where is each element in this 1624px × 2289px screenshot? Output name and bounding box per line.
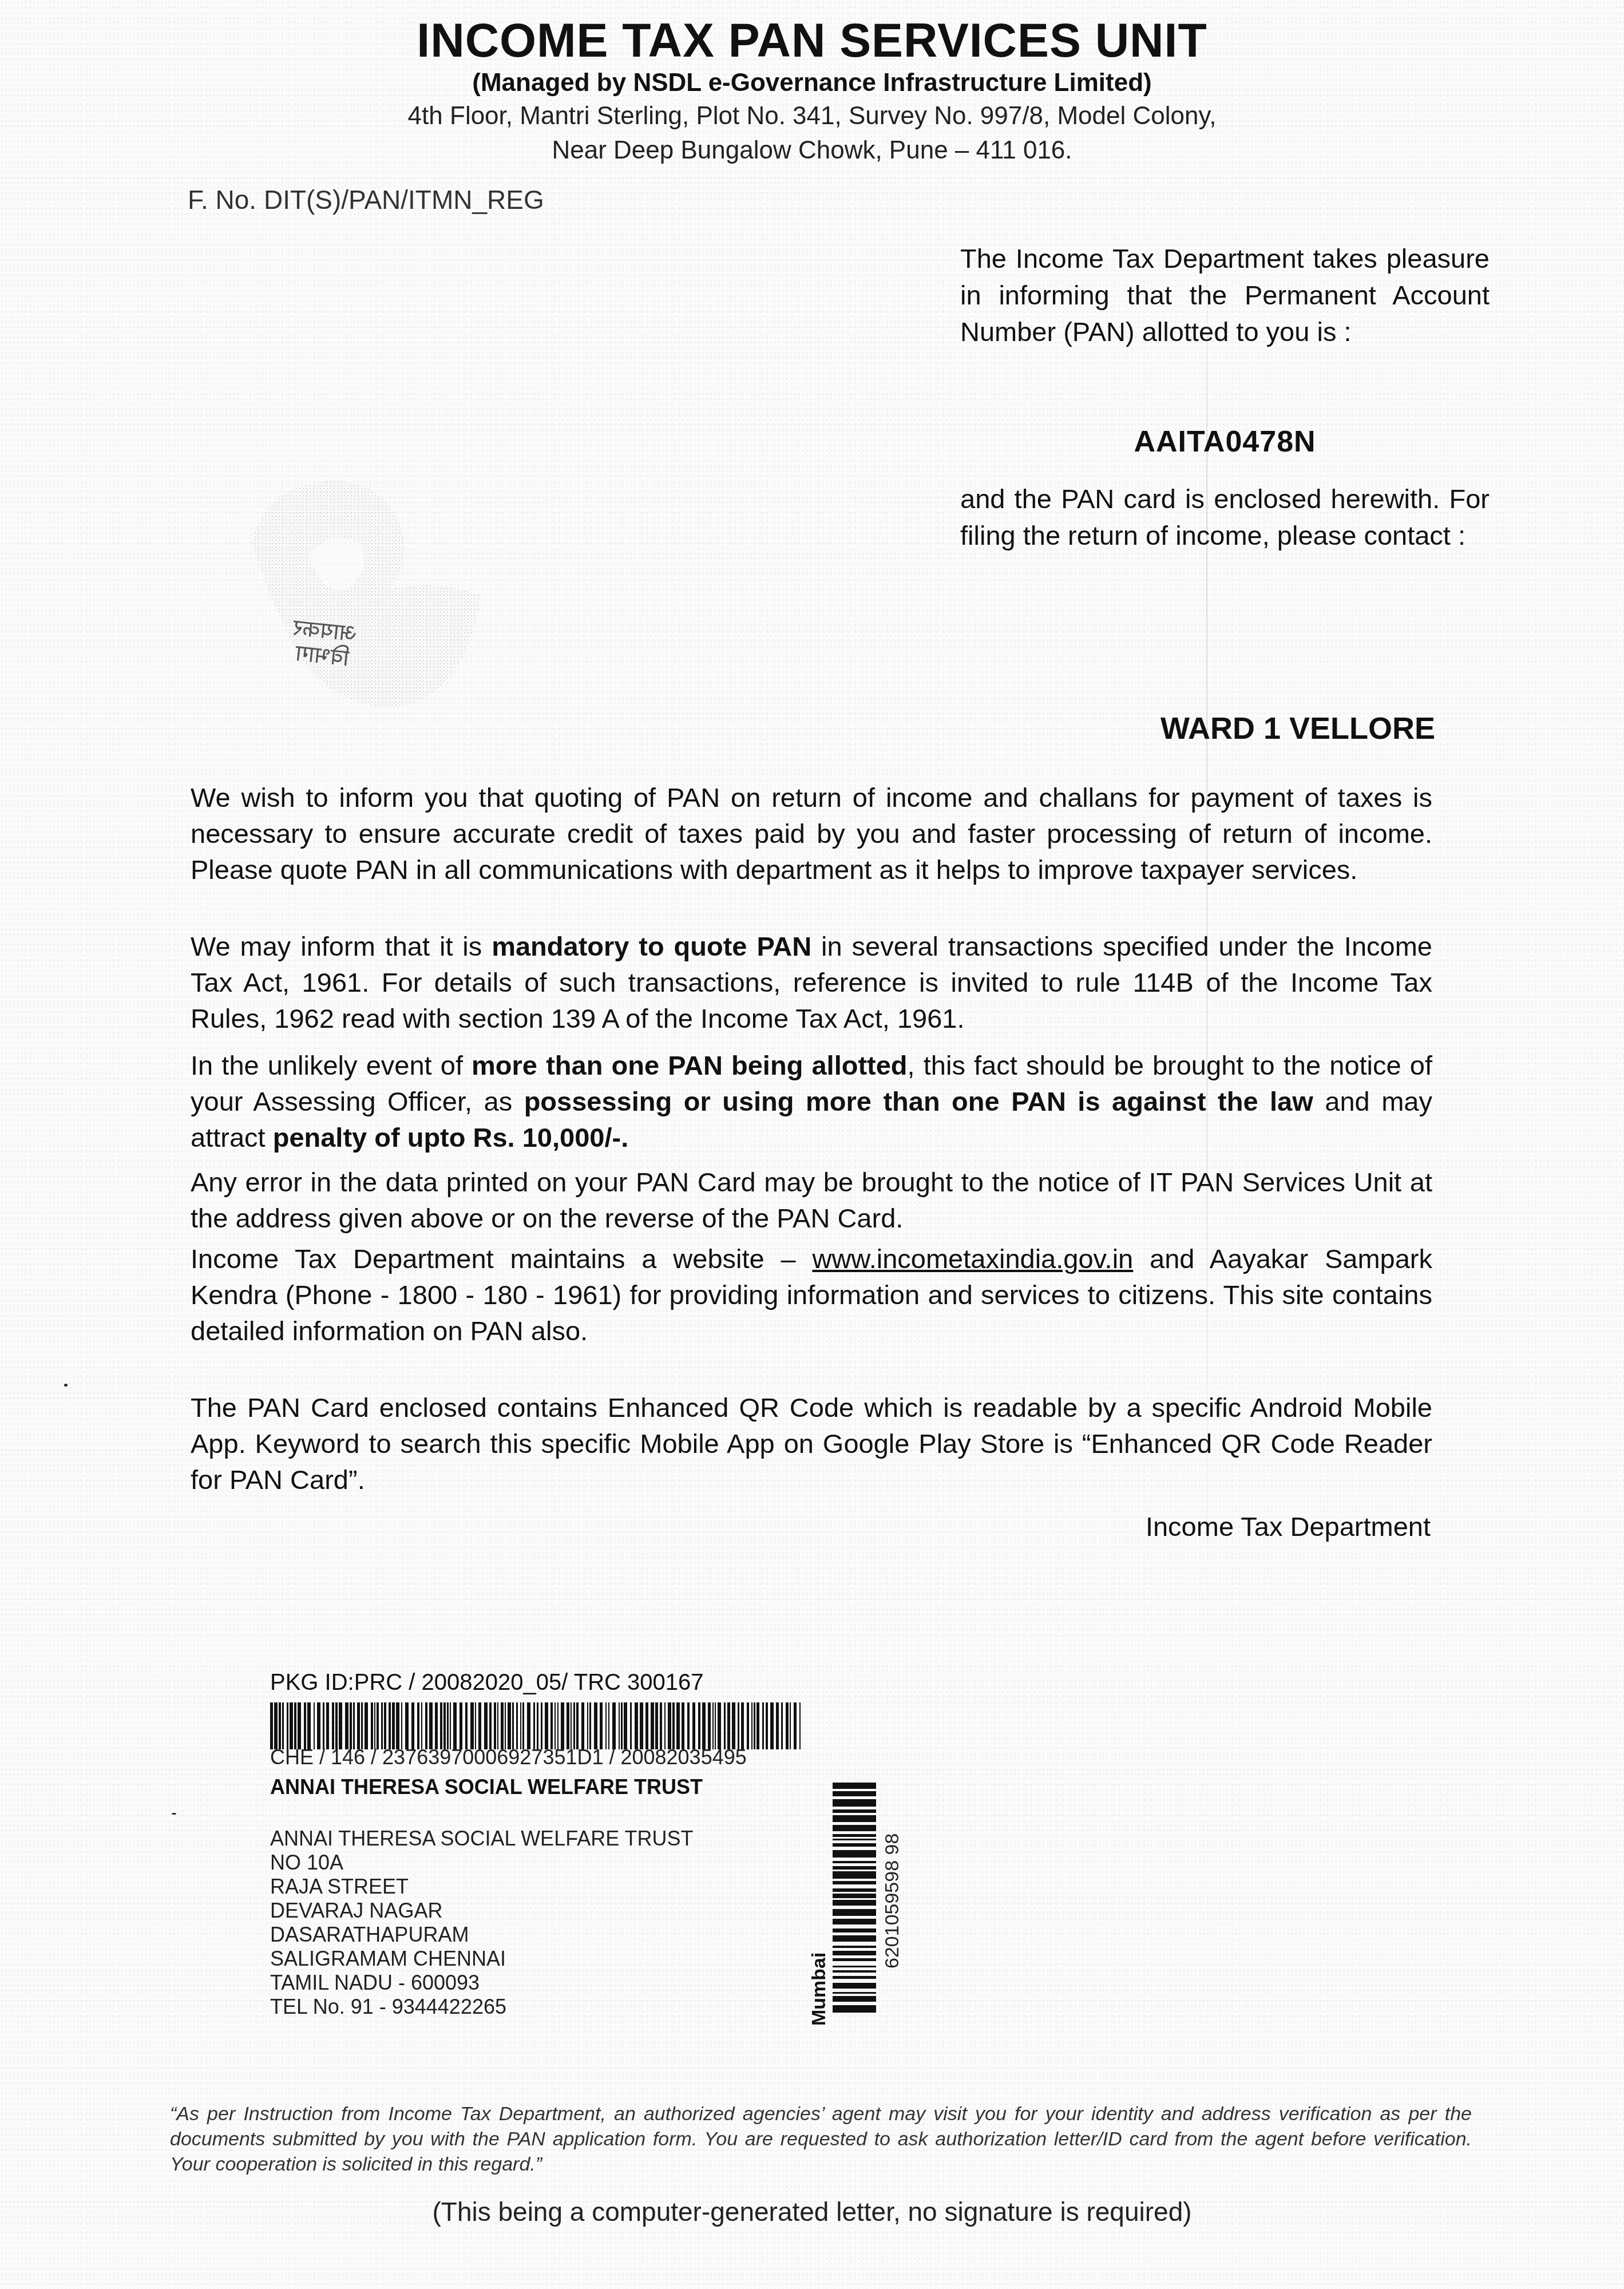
barcode-icon <box>270 1702 805 1749</box>
address-line: TEL No. 91 - 9344422265 <box>270 1995 694 2019</box>
speck <box>64 1384 68 1387</box>
letterhead-title: INCOME TAX PAN SERVICES UNIT <box>16 13 1607 68</box>
address-line: NO 10A <box>270 1851 694 1875</box>
mailing-address: ANNAI THERESA SOCIAL WELFARE TRUSTNO 10A… <box>270 1827 694 2019</box>
bold-text: mandatory to quote PAN <box>492 931 811 961</box>
text: In the unlikely event of <box>191 1050 472 1080</box>
package-id: PKG ID:PRC / 20082020_05/ TRC 300167 <box>270 1670 704 1696</box>
pan-allotment-notice: The Income Tax Department takes pleasure… <box>960 240 1490 350</box>
paragraph-quoting-pan: We wish to inform you that quoting of PA… <box>191 779 1432 888</box>
speck <box>172 1813 176 1815</box>
pan-card-enclosed-notice: and the PAN card is enclosed herewith. F… <box>960 481 1490 554</box>
bold-text: more than one PAN being allotted <box>472 1050 908 1080</box>
paragraph-qr-code: The PAN Card enclosed contains Enhanced … <box>191 1389 1432 1498</box>
letterhead-subtitle: (Managed by NSDL e-Governance Infrastruc… <box>0 69 1624 97</box>
computer-generated-note: (This being a computer-generated letter,… <box>0 2196 1624 2227</box>
postal-barcode-number: 6201059598 98 <box>881 1833 904 1969</box>
address-line: DASARATHAPURAM <box>270 1923 694 1947</box>
stamp-text: आयकर विभाग <box>290 615 358 671</box>
website-link[interactable]: www.incometaxindia.gov.in <box>812 1243 1133 1274</box>
addressee-name: ANNAI THERESA SOCIAL WELFARE TRUST <box>270 1775 703 1799</box>
pan-number: AAITA0478N <box>960 425 1490 459</box>
agent-verification-disclaimer: “As per Instruction from Income Tax Depa… <box>170 2101 1472 2177</box>
postal-city-wrap: Mumbai <box>808 1940 831 2026</box>
assessing-ward: WARD 1 VELLORE <box>1160 711 1435 746</box>
postal-barcode-icon <box>833 1783 876 2014</box>
file-number: F. No. DIT(S)/PAN/ITMN_REG <box>188 184 544 215</box>
address-line: DEVARAJ NAGAR <box>270 1899 694 1923</box>
paragraph-mandatory-pan: We may inform that it is mandatory to qu… <box>191 928 1432 1036</box>
emblem-stamp-icon <box>240 464 486 761</box>
paragraph-website: Income Tax Department maintains a websit… <box>191 1241 1432 1349</box>
bold-text: penalty of upto Rs. 10,000/-. <box>273 1122 629 1153</box>
text: Income Tax Department maintains a websit… <box>191 1243 812 1274</box>
postal-city: Mumbai <box>808 1953 830 2026</box>
paragraph-data-error: Any error in the data printed on your PA… <box>191 1164 1432 1236</box>
address-line: RAJA STREET <box>270 1875 694 1899</box>
letterhead-address-line1: 4th Floor, Mantri Sterling, Plot No. 341… <box>0 102 1624 130</box>
bold-text: possessing or using more than one PAN is… <box>524 1086 1313 1116</box>
paper-fold-crease <box>1206 217 1207 1591</box>
text: We may inform that it is <box>191 931 492 961</box>
address-line: TAMIL NADU - 600093 <box>270 1971 694 1995</box>
tracking-code: CHE / 146 / 23763970006927351D1 / 200820… <box>270 1745 747 1769</box>
address-line: ANNAI THERESA SOCIAL WELFARE TRUST <box>270 1827 694 1851</box>
signoff: Income Tax Department <box>1146 1511 1431 1542</box>
paragraph-multiple-pan: In the unlikely event of more than one P… <box>191 1047 1432 1155</box>
address-line: SALIGRAMAM CHENNAI <box>270 1947 694 1971</box>
letterhead-address-line2: Near Deep Bungalow Chowk, Pune – 411 016… <box>0 136 1624 165</box>
